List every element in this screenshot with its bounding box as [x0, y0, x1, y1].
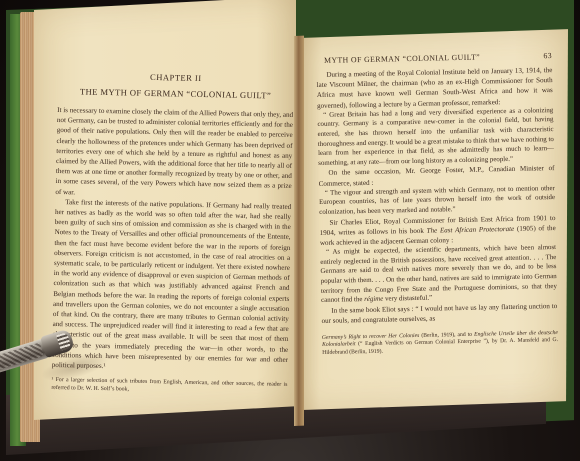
italic-word: régime: [364, 296, 383, 303]
text-run: very distasteful.”: [383, 295, 432, 303]
chapter-title: THE MYTH OF GERMAN “COLONIAL GUILT”: [57, 86, 293, 101]
paragraph: In the same book Eliot says : “ I would …: [321, 301, 557, 326]
paragraph: Sir Charles Eliot, Royal Commissioner fo…: [319, 213, 556, 249]
paragraph: It is necessary to examine closely the c…: [55, 105, 293, 202]
book-title-italic: The East African Protectorate: [427, 225, 515, 235]
book-gutter: [294, 36, 304, 426]
paragraph: During a meeting of the Royal Colonial I…: [316, 65, 553, 111]
text-run: “ As might be expected, the scientific d…: [320, 244, 557, 304]
left-page-text: CHAPTER II THE MYTH OF GERMAN “COLONIAL …: [51, 70, 294, 397]
page-number: 63: [543, 51, 552, 60]
running-head-title: MYTH OF GERMAN “COLONIAL GUILT”: [324, 53, 480, 65]
right-page-text: MYTH OF GERMAN “COLONIAL GUILT” 63 Durin…: [316, 51, 558, 357]
paragraph: Take first the interests of the native p…: [52, 197, 292, 375]
photo-scene: CHAPTER II THE MYTH OF GERMAN “COLONIAL …: [0, 0, 580, 461]
quotation: “ Great Britain has had a long and very …: [317, 106, 554, 168]
quotation: “ As might be expected, the scientific d…: [320, 243, 557, 305]
